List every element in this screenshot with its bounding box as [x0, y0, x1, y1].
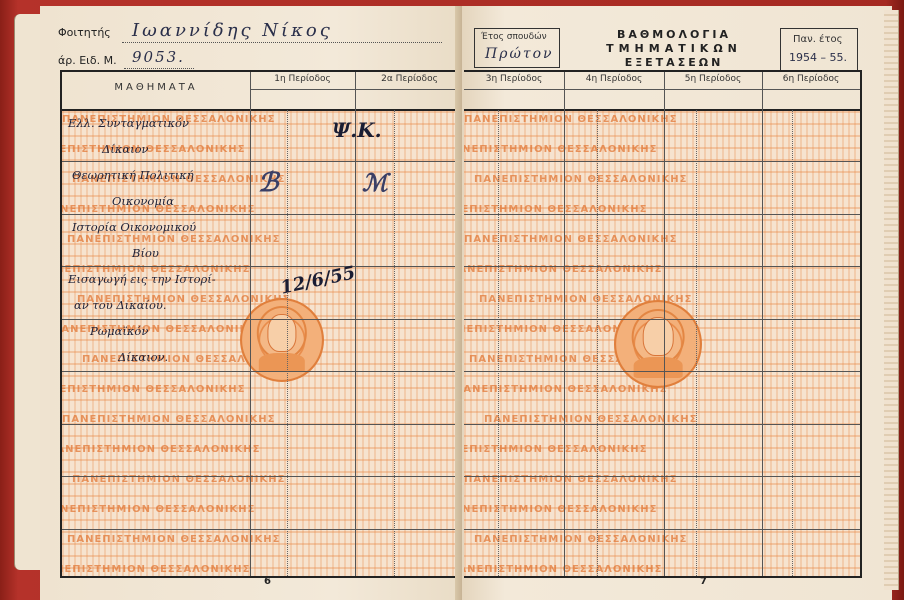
watermark-text: ΠΑΝΕΠΙΣΤΗΜΙΟΝ ΘΕΣΣΑΛΟΝΙΚΗΣ: [474, 174, 860, 185]
period-3-header: 3η Περίοδος: [464, 74, 564, 84]
subject-5-line1: Ρωμαϊκόν: [90, 324, 148, 338]
student-name: Ιωαννίδης Νίκος: [132, 20, 333, 41]
rule: [62, 371, 464, 372]
page-number-right: 7: [700, 576, 707, 587]
rule: [62, 109, 464, 111]
rule: [62, 214, 464, 215]
right-page-edges: [884, 10, 899, 590]
rule: [464, 89, 860, 90]
university-seal-right: [614, 300, 702, 388]
period-6-header: 6η Περίοδος: [762, 74, 860, 84]
year-of-study-label: Έτος σπουδών: [481, 32, 547, 42]
subject-3-line2: Βίου: [132, 246, 159, 260]
rule: [250, 89, 464, 90]
rule: [464, 476, 860, 477]
rule: [394, 110, 395, 576]
subjects-header: ΜΑΘΗΜΑΤΑ: [62, 82, 250, 93]
rule: [464, 424, 860, 425]
right-page: Έτος σπουδών Πρώτον ΒΑΘΜΟΛΟΓΙΑ ΤΜΗΜΑΤΙΚΩ…: [462, 6, 892, 600]
rule: [355, 72, 356, 576]
period-2-header: 2α Περίοδος: [355, 74, 464, 84]
watermark-text: ΠΑΝΕΠΙΣΤΗΜΙΟΝ ΘΕΣΣΑΛΟΝΙΚΗΣ: [62, 564, 464, 575]
watermark-text: ΠΑΝΕΠΙΣΤΗΜΙΟΝ ΘΕΣΣΑΛΟΝΙΚΗΣ: [62, 384, 464, 395]
academic-year-value: 1954 – 55.: [789, 51, 847, 64]
rule: [464, 214, 860, 215]
rule: [464, 319, 860, 320]
rule: [664, 72, 665, 576]
rule: [597, 110, 598, 576]
signature-subject-2-period-1: ℬ: [258, 168, 278, 198]
subject-2-line1: Θεωρητική Πολιτική: [72, 168, 194, 182]
document-title: ΒΑΘΜΟΛΟΓΙΑ ΤΜΗΜΑΤΙΚΩΝ ΕΞΕΤΑΣΕΩΝ: [574, 28, 774, 70]
rule: [564, 72, 565, 576]
subject-5-line2: Δίκαιον.: [118, 350, 168, 364]
watermark-text: ΠΑΝΕΠΙΣΤΗΜΙΟΝ ΘΕΣΣΑΛΟΝΙΚΗΣ: [464, 114, 860, 125]
rule: [62, 161, 464, 162]
rule: [62, 266, 464, 267]
subject-1-line1: Ελλ. Συνταγματικόν: [68, 116, 189, 130]
watermark-text: ΠΑΝΕΠΙΣΤΗΜΙΟΝ ΘΕΣΣΑΛΟΝΙΚΗΣ: [464, 234, 860, 245]
watermark-text: ΠΑΝΕΠΙΣΤΗΜΙΟΝ ΘΕΣΣΑΛΟΝΙΚΗΣ: [464, 504, 860, 515]
rule: [62, 319, 464, 320]
reg-number-line: [124, 68, 194, 69]
rule: [792, 110, 793, 576]
signature-subject-2-period-2: ℳ: [362, 168, 388, 197]
academic-year-box: Παν. έτος 1954 – 55.: [780, 28, 858, 72]
university-seal-left: [240, 298, 324, 382]
signature-subject-1-period-1: Ψ.Κ.: [332, 118, 382, 142]
rule: [464, 161, 860, 162]
reg-number-label: άρ. Ειδ. Μ.: [58, 54, 117, 67]
watermark-text: ΠΑΝΕΠΙΣΤΗΜΙΟΝ ΘΕΣΣΑΛΟΝΙΚΗΣ: [62, 504, 464, 515]
watermark-text: ΠΑΝΕΠΙΣΤΗΜΙΟΝ ΘΕΣΣΑΛΟΝΙΚΗΣ: [464, 564, 860, 575]
rule: [62, 529, 464, 530]
rule: [464, 109, 860, 111]
period-1-header: 1η Περίοδος: [250, 74, 355, 84]
student-label: Φοιτητής: [58, 26, 111, 39]
subject-4-line2: αν του Δικαίου.: [74, 298, 167, 312]
period-5-header: 5η Περίοδος: [664, 74, 762, 84]
rule: [464, 266, 860, 267]
subject-2-line2: Οικονομία: [112, 194, 174, 208]
subject-4-line1: Εισαγωγή εις την Ιστορί-: [68, 272, 216, 286]
watermark-text: ΠΑΝΕΠΙΣΤΗΜΙΟΝ ΘΕΣΣΑΛΟΝΙΚΗΣ: [67, 534, 464, 545]
year-of-study-box: Έτος σπουδών Πρώτον: [474, 28, 560, 68]
rule: [464, 529, 860, 530]
year-of-study-value: Πρώτον: [485, 46, 554, 62]
rule: [498, 110, 499, 576]
watermark-text: ΠΑΝΕΠΙΣΤΗΜΙΟΝ ΘΕΣΣΑΛΟΝΙΚΗΣ: [67, 234, 464, 245]
watermark-text: ΠΑΝΕΠΙΣΤΗΜΙΟΝ ΘΕΣΣΑΛΟΝΙΚΗΣ: [62, 444, 464, 455]
title-line-2: ΤΜΗΜΑΤΙΚΩΝ: [574, 42, 774, 56]
rule: [464, 371, 860, 372]
rule: [762, 72, 763, 576]
rule: [250, 72, 251, 576]
rule: [62, 424, 464, 425]
period-4-header: 4η Περίοδος: [564, 74, 664, 84]
subject-3-line1: Ιστορία Οικονομικού: [72, 220, 196, 234]
title-line-1: ΒΑΘΜΟΛΟΓΙΑ: [574, 28, 774, 42]
watermark-text: ΠΑΝΕΠΙΣΤΗΜΙΟΝ ΘΕΣΣΑΛΟΝΙΚΗΣ: [474, 534, 860, 545]
rule: [62, 476, 464, 477]
page-number-left: 6: [264, 576, 271, 587]
student-name-line: [122, 42, 442, 43]
academic-year-label: Παν. έτος: [793, 34, 842, 45]
left-page: Φοιτητής Ιωαννίδης Νίκος άρ. Ειδ. Μ. 905…: [40, 6, 462, 600]
subject-1-line2: Δίκαιον: [102, 142, 149, 156]
grades-table-right: ΠΑΝΕΠΙΣΤΗΜΙΟΝ ΘΕΣΣΑΛΟΝΙΚΗΣ ΠΑΝΕΠΙΣΤΗΜΙΟΝ…: [464, 70, 862, 578]
grades-table-left: ΠΑΝΕΠΙΣΤΗΜΙΟΝ ΘΕΣΣΑΛΟΝΙΚΗΣ ΠΑΝΕΠΙΣΤΗΜΙΟΝ…: [60, 70, 464, 578]
watermark-text: ΠΑΝΕΠΙΣΤΗΜΙΟΝ ΘΕΣΣΑΛΟΝΙΚΗΣ: [464, 144, 860, 155]
reg-number: 9053.: [132, 48, 185, 66]
rule: [287, 110, 288, 576]
watermark-text: ΠΑΝΕΠΙΣΤΗΜΙΟΝ ΘΕΣΣΑΛΟΝΙΚΗΣ: [464, 444, 860, 455]
rule: [696, 110, 697, 576]
title-line-3: ΕΞΕΤΑΣΕΩΝ: [574, 56, 774, 70]
